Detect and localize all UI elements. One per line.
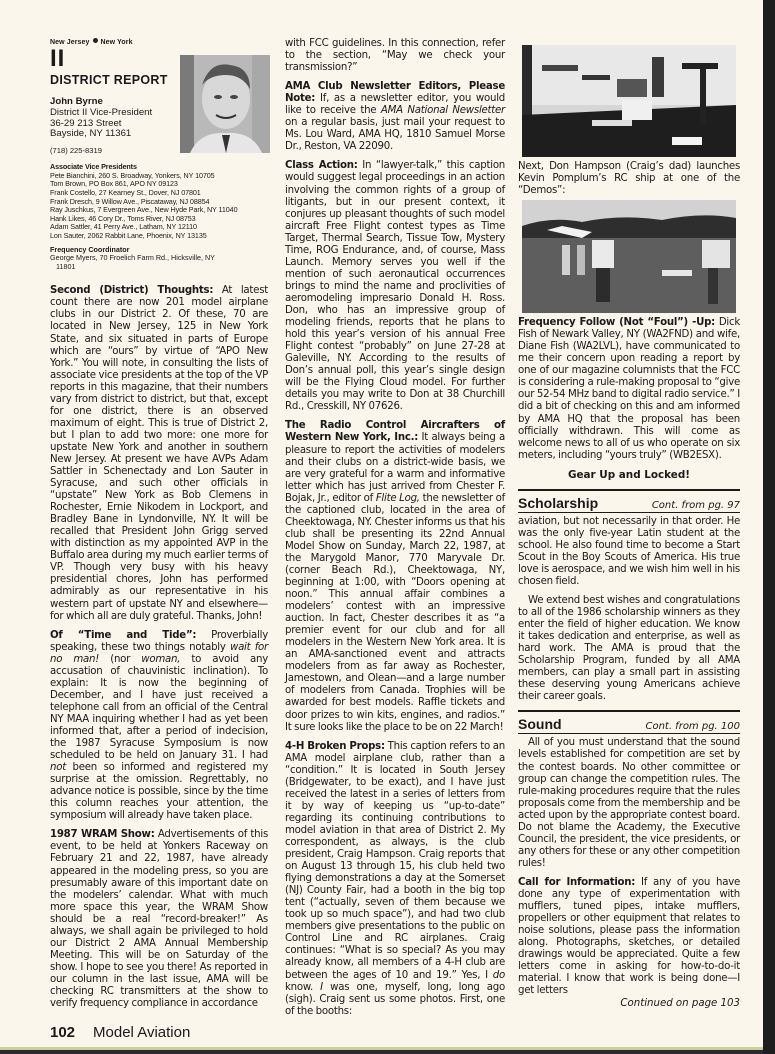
article-body: on a regular basis, just mail your reque…: [285, 117, 505, 152]
article-frequency-follow: Frequency Follow (Not “Foul”) -Up: Dick …: [518, 317, 740, 462]
portrait-icon: [180, 55, 270, 153]
article-body: Dick Fish of Newark Valley, NY (WA2FND) …: [518, 317, 740, 461]
article-lead: Of “Time and Tide”:: [50, 630, 196, 641]
article-broken-props: 4-H Broken Props: This caption refers to…: [285, 741, 505, 1018]
scholarship-header: Scholarship Cont. from pg. 97: [518, 495, 740, 513]
emphasis: AMA National Newsletter: [381, 105, 505, 116]
sound-header: Sound Cont. from pg. 100: [518, 716, 740, 734]
region-label: New JerseyNew York: [50, 38, 268, 46]
continued-on-link: Continued on page 103: [518, 998, 740, 1009]
booth-photo: [522, 45, 736, 157]
article-body: In “lawyer-talk,” this caption would sug…: [285, 160, 505, 412]
emphasis: do: [493, 970, 505, 981]
article-second-thoughts: Second (District) Thoughts: At latest co…: [50, 285, 268, 622]
article-time-and-tide: Of “Time and Tide”: Proverbially speakin…: [50, 630, 268, 823]
left-column: New JerseyNew York II DISTRICT REPORT Jo…: [50, 38, 268, 1017]
section-title: Scholarship: [518, 495, 598, 511]
page-number: 102: [50, 1024, 75, 1041]
article-lead: Class Action:: [285, 160, 358, 171]
article-lead: Call for Information:: [518, 877, 635, 888]
sign-off: Gear Up and Locked!: [518, 469, 740, 481]
scholarship-paragraph: aviation, but not necessarily in that or…: [518, 516, 740, 588]
right-column: Next, Don Hampson (Craig’s dad) launches…: [518, 45, 740, 1009]
article-body: Advertisements of this event, to be held…: [50, 829, 268, 1009]
article-lead: 1987 WRAM Show:: [50, 829, 155, 840]
booth-image-icon: [522, 45, 736, 157]
avp-item: Lon Sauter, 2062 Rabbit Lane, Phoenix, N…: [50, 232, 268, 241]
vp-portrait-photo: [180, 55, 270, 153]
section-divider: [518, 489, 740, 491]
freq-line: George Myers, 70 Froelich Farm Rd., Hick…: [50, 254, 268, 263]
region-new-york: New York: [101, 39, 133, 46]
frequency-coordinator: Frequency Coordinator George Myers, 70 F…: [50, 246, 268, 272]
article-rc-aircrafters: The Radio Control Aircrafters of Western…: [285, 420, 505, 733]
page-edge-shadow: [763, 0, 775, 1054]
article-wram-continued: with FCC guidelines. In this connection,…: [285, 38, 505, 74]
section-divider: [518, 710, 740, 712]
magazine-name: Model Aviation: [93, 1024, 190, 1041]
emphasis: not: [50, 762, 66, 773]
bullet-icon: [93, 38, 98, 43]
call-for-information: Call for Information: If any of you have…: [518, 877, 740, 997]
article-body: the newsletter of the captioned club, lo…: [285, 493, 505, 733]
article-wram-show: 1987 WRAM Show: Advertisements of this e…: [50, 829, 268, 1010]
associate-vps: Associate Vice Presidents Pete Bianchini…: [50, 163, 268, 240]
continued-from: Cont. from pg. 100: [645, 721, 740, 732]
continued-from: Cont. from pg. 97: [652, 500, 740, 511]
field-image-icon: [522, 200, 736, 313]
article-body: to avoid any accusation of chauvinistic …: [50, 654, 268, 761]
magazine-page: New JerseyNew York II DISTRICT REPORT Jo…: [0, 0, 763, 1050]
article-body: know.: [285, 982, 320, 993]
article-class-action: Class Action: In “lawyer-talk,” this cap…: [285, 160, 505, 413]
photo-caption: Next, Don Hampson (Craig’s dad) launches…: [518, 161, 740, 197]
article-body: If any of you have done any type of expe…: [518, 877, 740, 996]
demo-launch-photo: [522, 200, 736, 313]
article-lead: Second (District) Thoughts:: [50, 285, 213, 296]
emphasis: Flite Log,: [376, 493, 420, 504]
article-newsletter-editors: AMA Club Newsletter Editors, Please Note…: [285, 81, 505, 153]
middle-column: with FCC guidelines. In this connection,…: [285, 38, 505, 1025]
article-body: been so informed and registered my surpr…: [50, 762, 268, 821]
article-body: (nor: [99, 654, 141, 665]
scholarship-paragraph: We extend best wishes and congratulation…: [518, 595, 740, 703]
freq-zip: 11801: [50, 263, 268, 272]
section-title: Sound: [518, 716, 562, 732]
page-footer: 102Model Aviation: [50, 1024, 190, 1041]
article-lead: 4-H Broken Props:: [285, 741, 385, 752]
sound-paragraph: All of you must understand that the soun…: [518, 737, 740, 870]
article-body: This caption refers to an AMA model airp…: [285, 741, 505, 981]
article-lead: Frequency Follow (Not “Foul”) -Up:: [518, 317, 715, 328]
emphasis: woman,: [141, 654, 180, 665]
article-body: At latest count there are now 201 model …: [50, 285, 268, 621]
